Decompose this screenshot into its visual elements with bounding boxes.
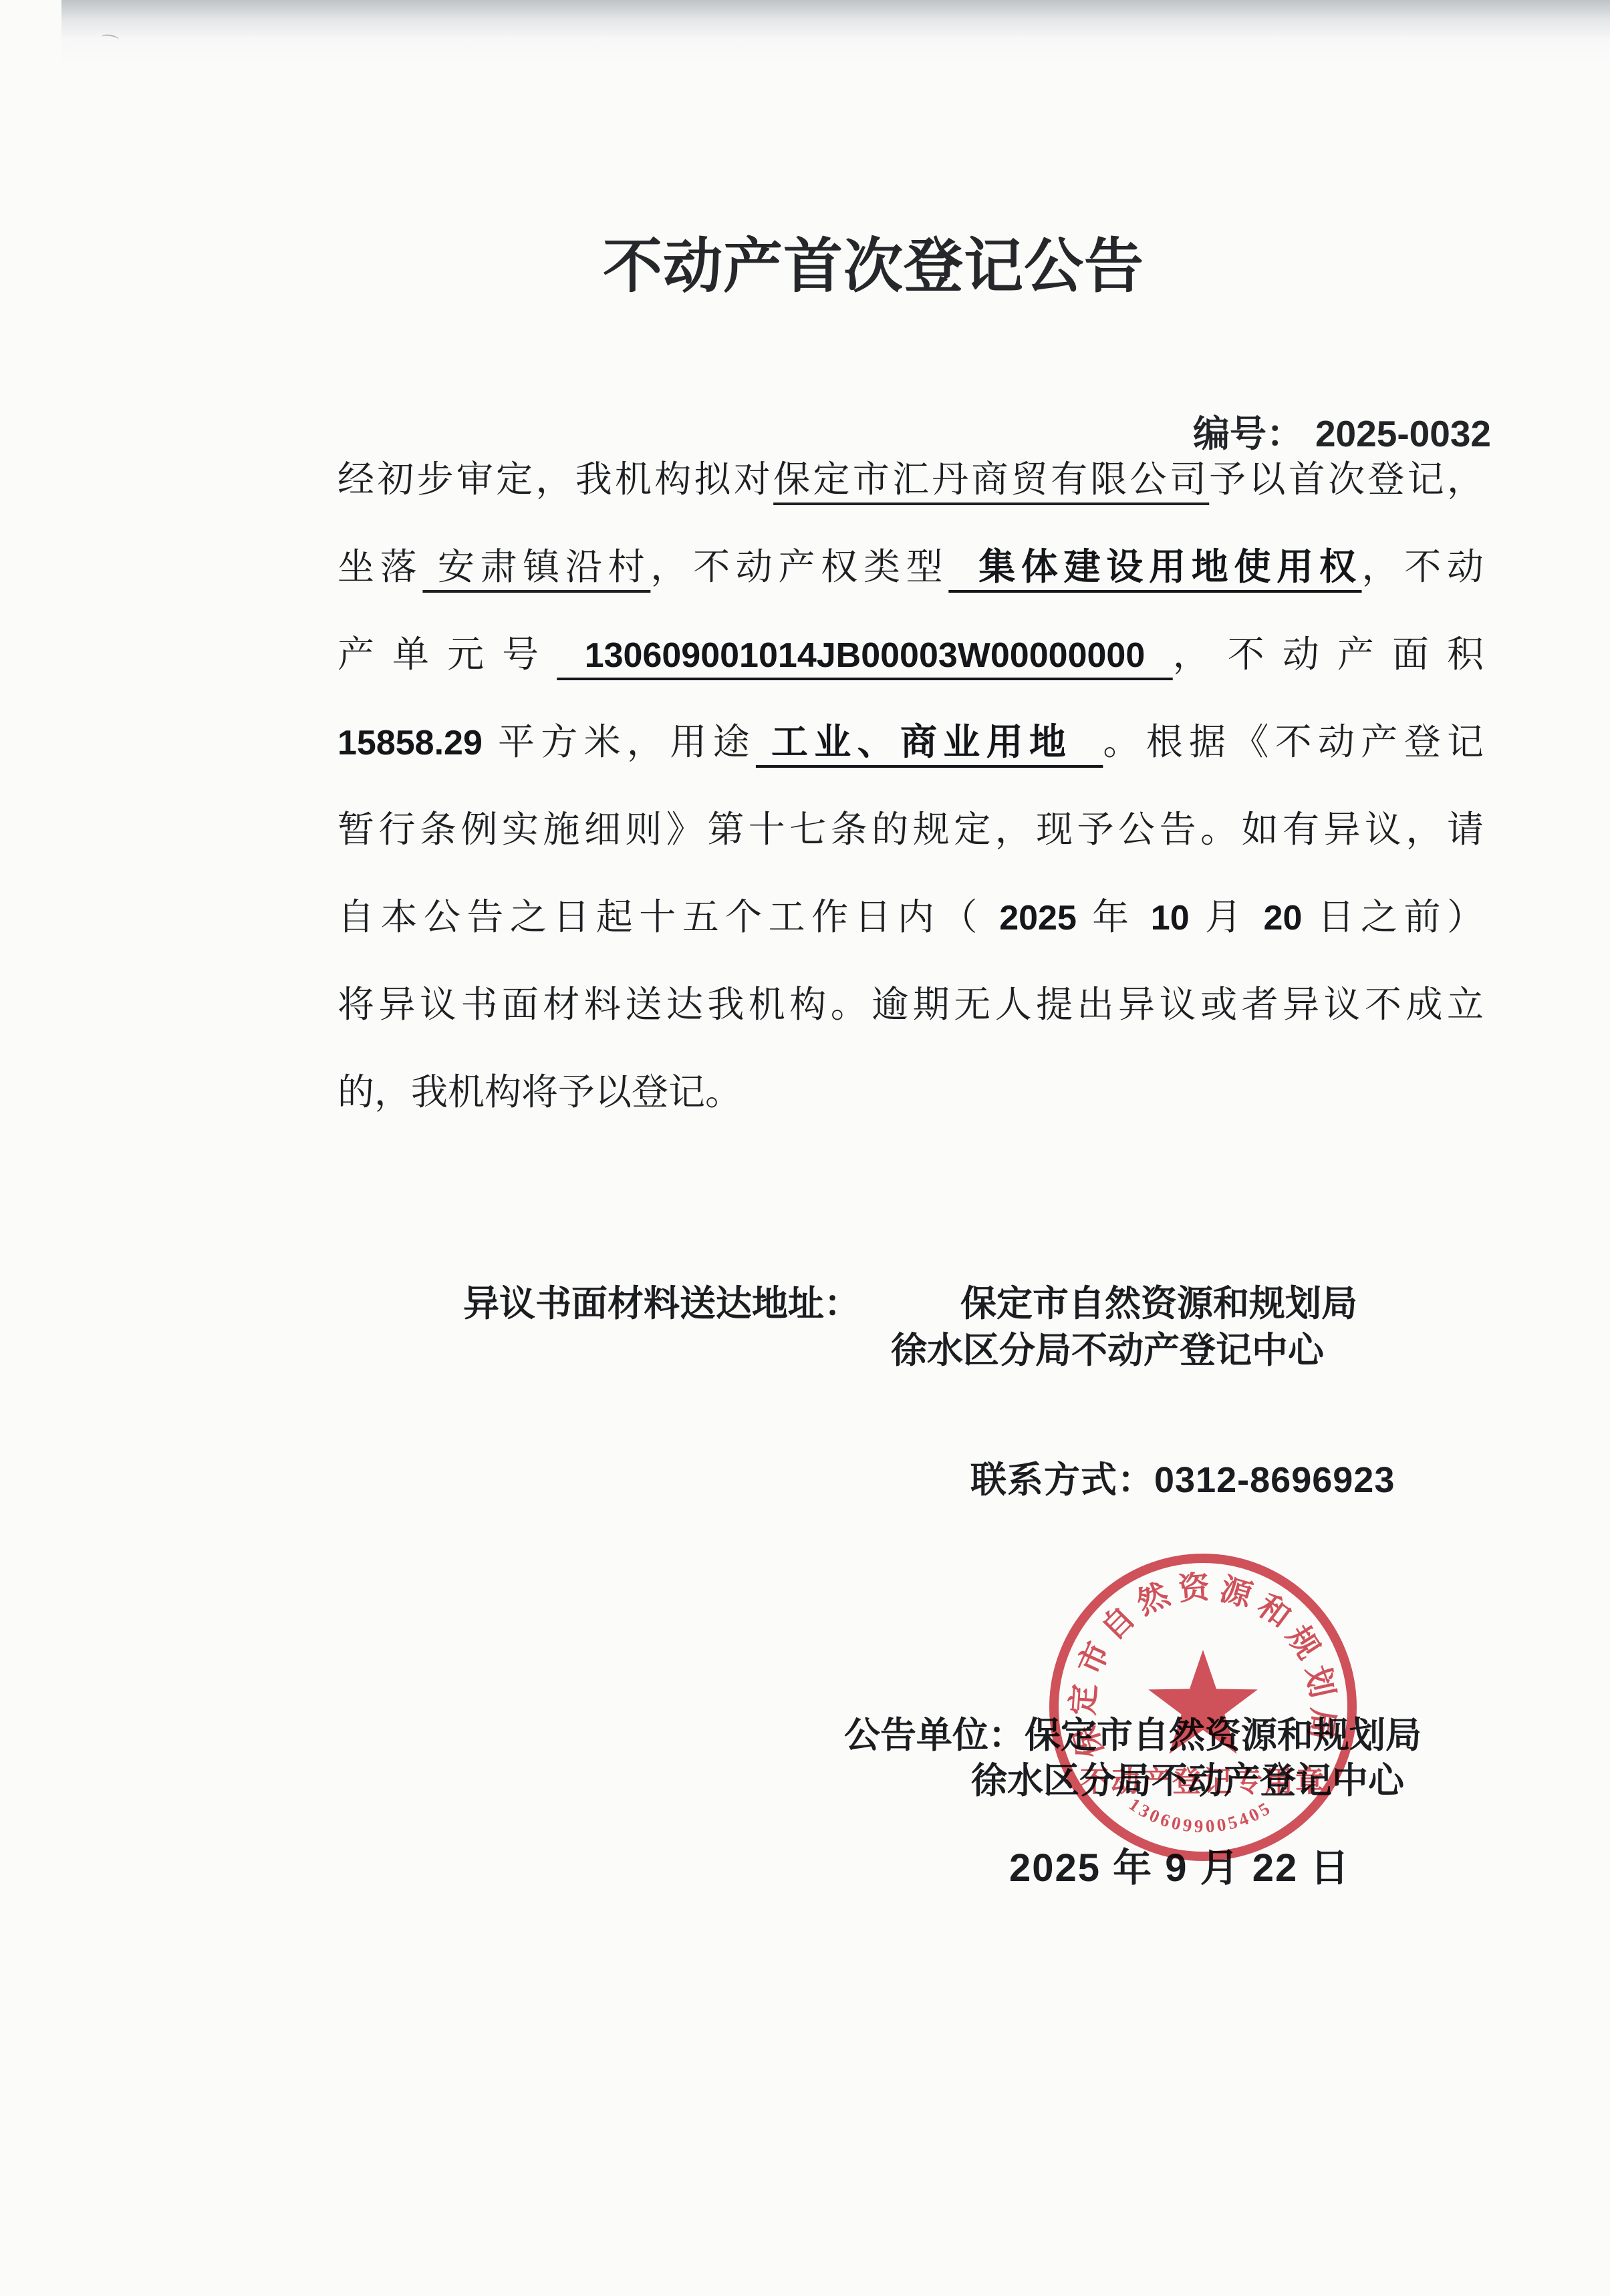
text-segment: 10 xyxy=(1151,899,1190,938)
text-segment: 坐落 xyxy=(338,547,422,587)
text-segment: ，不动产权类型 xyxy=(650,547,948,587)
text-segment: ，不动产面积 xyxy=(1173,634,1484,675)
text-segment: 产单元号 xyxy=(338,634,557,675)
text-segment: 自本公告之日起十五个工作日内（ xyxy=(338,897,999,938)
official-red-seal: 保定市自然资源和规划局徐水分局 不动产登记专用章 1306099005405 xyxy=(1045,1549,1361,1866)
body-line: 经初步审定，我机构拟对保定市汇丹商贸有限公司予以首次登记， xyxy=(338,436,1484,523)
announcer-label: 公告单位： xyxy=(844,1715,1025,1755)
text-segment: 的，我机构将予以登记。 xyxy=(338,1072,742,1113)
announcement-body: 经初步审定，我机构拟对保定市汇丹商贸有限公司予以首次登记， 坐落 安肃镇沿村，不… xyxy=(338,436,1484,1136)
contact-phone: 0312-8696923 xyxy=(1154,1460,1395,1500)
text-segment: 保定市汇丹商贸有限公司 xyxy=(773,459,1209,500)
text-segment: 15858.29 xyxy=(338,724,483,762)
seal-code-text: 1306099005405 xyxy=(1125,1794,1275,1837)
body-line: 的，我机构将予以登记。 xyxy=(338,1048,1484,1136)
text-segment: 予以首次登记， xyxy=(1209,459,1484,500)
text-segment: 日之前） xyxy=(1302,897,1484,938)
body-line: 15858.29 平方米，用途 工业、商业用地 。根据《不动产登记 xyxy=(338,698,1484,786)
text-segment: ，不动 xyxy=(1362,547,1484,587)
scanner-edge-shadow xyxy=(61,0,1610,64)
body-line: 坐落 安肃镇沿村，不动产权类型 集体建设用地使用权，不动 xyxy=(338,523,1484,611)
text-segment: 20 xyxy=(1264,899,1303,938)
contact-line: 联系方式：0312-8696923 xyxy=(928,1410,1395,1544)
scanned-document-page: 不动产首次登记公告 编号：2025-0032 经初步审定，我机构拟对保定市汇丹商… xyxy=(0,0,1610,2296)
text-segment: 130609001014JB00003W00000000 xyxy=(557,636,1173,675)
text-segment: 工业、商业用地 xyxy=(756,722,1103,762)
text-segment: 年 xyxy=(1077,897,1151,938)
body-line: 产单元号 130609001014JB00003W00000000 ，不动产面积 xyxy=(338,611,1484,698)
star-icon xyxy=(1148,1650,1258,1754)
text-segment: 月 xyxy=(1190,897,1264,938)
page-title: 不动产首次登记公告 xyxy=(0,219,1610,304)
body-line: 自本公告之日起十五个工作日内（ 2025 年 10 月 20 日之前） xyxy=(338,873,1484,961)
text-segment: 暂行条例实施细则》第十七条的规定，现予公告。如有异议，请 xyxy=(338,809,1484,850)
text-segment: 将异议书面材料送达我机构。逾期无人提出异议或者异议不成立 xyxy=(338,984,1484,1025)
text-segment: 集体建设用地使用权 xyxy=(948,547,1361,587)
body-line: 暂行条例实施细则》第十七条的规定，现予公告。如有异议，请 xyxy=(338,786,1484,873)
text-segment: 安肃镇沿村 xyxy=(422,547,650,587)
text-segment: 经初步审定，我机构拟对 xyxy=(338,459,773,500)
body-line: 将异议书面材料送达我机构。逾期无人提出异议或者异议不成立 xyxy=(338,961,1484,1048)
text-segment: 。根据《不动产登记 xyxy=(1103,722,1484,762)
seal-title-text: 不动产登记专用章 xyxy=(1080,1765,1326,1798)
contact-label: 联系方式： xyxy=(970,1460,1154,1500)
objection-address-label: 异议书面材料送达地址： xyxy=(463,1284,860,1324)
objection-address-line-2: 徐水区分局不动产登记中心 xyxy=(891,1322,1324,1373)
text-segment: 2025 xyxy=(999,899,1077,938)
objection-address-value-1: 保定市自然资源和规划局 xyxy=(960,1284,1357,1324)
text-segment: 平方米，用途 xyxy=(483,722,756,762)
